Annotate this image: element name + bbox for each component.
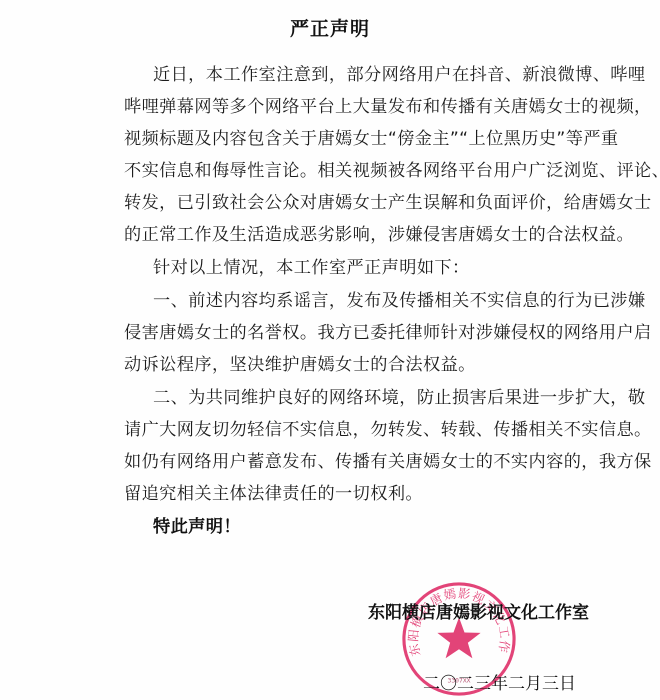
signature-company: 东阳横店唐嫣影视文化工作室 xyxy=(368,598,589,623)
document-title: 严正声明 xyxy=(0,14,660,41)
closing-statement: 特此声明！ xyxy=(153,516,613,538)
paragraph-3-line-3: 动诉讼程序，坚决维护唐嫣女士的合法权益。 xyxy=(124,354,584,376)
paragraph-4-line-1: 二、为共同维护良好的网络环境，防止损害后果进一步扩大，敬 xyxy=(153,387,613,409)
paragraph-1-line-1: 近日，本工作室注意到，部分网络用户在抖音、新浪微博、哔哩 xyxy=(153,64,613,86)
paragraph-1-line-5: 转发，已引致社会公众对唐嫣女士产生误解和负面评价，给唐嫣女士 xyxy=(124,192,584,214)
paragraph-4-line-3: 如仍有网络用户蓄意发布、传播有关唐嫣女士的不实内容的，我方保 xyxy=(124,451,584,473)
paragraph-4-line-4: 留追究相关主体法律责任的一切权利。 xyxy=(124,483,584,505)
paragraph-1-line-2: 哔哩弹幕网等多个网络平台上大量发布和传播有关唐嫣女士的视频， xyxy=(124,96,584,118)
paragraph-1-line-6: 的正常工作及生活造成恶劣影响，涉嫌侵害唐嫣女士的合法权益。 xyxy=(124,224,584,246)
paragraph-3-line-1: 一、前述内容均系谣言，发布及传播相关不实信息的行为已涉嫌 xyxy=(153,290,613,312)
paragraph-2-line-1: 针对以上情况，本工作室严正声明如下： xyxy=(153,257,613,279)
paragraph-3-line-2: 侵害唐嫣女士的名誉权。我方已委托律师针对涉嫌侵权的网络用户启 xyxy=(124,322,584,344)
paragraph-4-line-2: 请广大网友切勿轻信不实信息，勿转发、转载、传播相关不实信息。 xyxy=(124,419,584,441)
paragraph-1-line-4: 不实信息和侮辱性言论。相关视频被各网络平台用户广泛浏览、评论、 xyxy=(124,160,584,182)
signature-date: 二〇二三年二月三日 xyxy=(423,669,576,694)
star-icon xyxy=(437,617,480,658)
paragraph-1-line-3: 视频标题及内容包含关于唐嫣女士“傍金主”“上位黑历史”等严重 xyxy=(124,128,584,150)
document-page: 严正声明 近日，本工作室注意到，部分网络用户在抖音、新浪微博、哔哩 哔哩弹幕网等… xyxy=(0,0,660,700)
